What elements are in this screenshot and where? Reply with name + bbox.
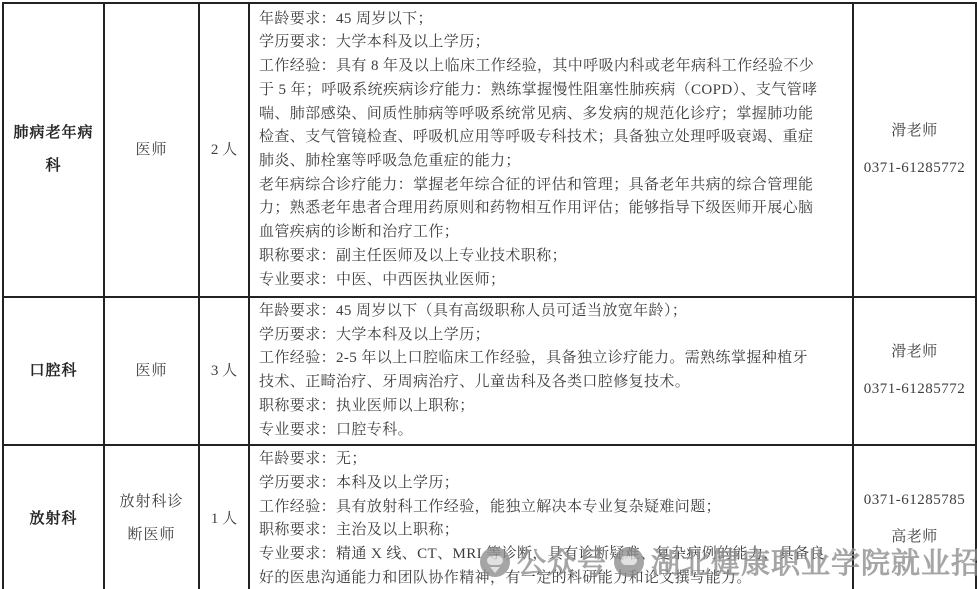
requirement-line: 检查、支气管镜检查、呼吸机应用等呼吸专科技术；具备独立处理呼吸衰竭、重症: [259, 126, 846, 150]
requirement-line: 专业要求：精通 X 线、CT、MRI 等诊断，具有诊断疑难、复杂病例的能力，具备…: [259, 543, 846, 567]
department-name-line: 肺病老年病: [4, 117, 103, 150]
contact-line: 0371-61285785: [854, 482, 975, 519]
contact-line: 滑老师: [854, 334, 975, 371]
department-name-line: 口腔科: [4, 355, 103, 388]
requirement-line: 好的医患沟通能力和团队协作精神，有一定的科研能力和论文撰写能力。: [259, 567, 846, 589]
requirements-cell: 年龄要求：无；学历要求：本科及以上学历；工作经验：具有放射科工作经验，能独立解决…: [249, 445, 853, 589]
headcount-cell: 2 人: [199, 3, 249, 297]
position-cell: 医师: [104, 297, 199, 445]
headcount-value: 3 人: [200, 360, 248, 382]
contact-line: 0371-61285772: [854, 371, 975, 408]
contact-cell: 滑老师0371-61285772: [853, 297, 976, 445]
requirement-line: 于 5 年；呼吸系统疾病诊疗能力：熟练掌握慢性阻塞性肺疾病（COPD）、支气管哮: [259, 79, 846, 103]
department-name-line: 科: [4, 150, 103, 183]
requirement-line: 喘、肺部感染、间质性肺病等呼吸系统常见病、多发病的规范化诊疗；掌握肺功能: [259, 103, 846, 127]
requirement-line: 肺炎、肺栓塞等呼吸急危重症的能力；: [259, 150, 846, 174]
headcount-value: 2 人: [200, 139, 248, 161]
requirements-cell: 年龄要求：45 周岁以下（具有高级职称人员可适当放宽年龄）；学历要求：大学本科及…: [249, 297, 853, 445]
requirement-line: 老年病综合诊疗能力：掌握老年综合征的评估和管理；具备老年共病的综合管理能: [259, 174, 846, 198]
position-name-line: 放射科诊: [105, 486, 198, 519]
requirement-line: 技术、正畸治疗、牙周病治疗、儿童齿科及各类口腔修复技术。: [259, 371, 846, 395]
requirement-line: 职称要求：执业医师以上职称；: [259, 395, 846, 419]
requirement-line: 血管疾病的诊断和治疗工作；: [259, 221, 846, 245]
position-cell: 医师: [104, 3, 199, 297]
requirement-line: 工作经验：具有 8 年及以上临床工作经验，其中呼吸内科或老年病科工作经验不少: [259, 55, 846, 79]
requirement-line: 工作经验：2-5 年以上口腔临床工作经验，具备独立诊疗能力。需熟练掌握种植牙: [259, 347, 846, 371]
requirement-line: 学历要求：大学本科及以上学历；: [259, 324, 846, 348]
recruitment-table: 肺病老年病科 医师 2 人 年龄要求：45 周岁以下；学历要求：大学本科及以上学…: [2, 2, 977, 589]
requirement-line: 年龄要求：45 周岁以下（具有高级职称人员可适当放宽年龄）；: [259, 300, 846, 324]
contact-line: 高老师: [854, 519, 975, 556]
department-cell: 放射科: [3, 445, 104, 589]
headcount-value: 1 人: [200, 508, 248, 530]
requirement-line: 学历要求：本科及以上学历；: [259, 472, 846, 496]
requirement-line: 年龄要求：45 周岁以下；: [259, 8, 846, 32]
requirement-line: 职称要求：副主任医师及以上专业技术职称；: [259, 245, 846, 269]
contact-line: 0371-61285772: [854, 150, 975, 187]
contact-line: 滑老师: [854, 113, 975, 150]
table-row-stomatology: 口腔科 医师 3 人 年龄要求：45 周岁以下（具有高级职称人员可适当放宽年龄）…: [3, 297, 976, 445]
position-name-line: 医师: [105, 355, 198, 388]
position-name-line: 断医师: [105, 519, 198, 552]
requirement-line: 年龄要求：无；: [259, 448, 846, 472]
contact-cell: 滑老师0371-61285772: [853, 3, 976, 297]
headcount-cell: 1 人: [199, 445, 249, 589]
department-cell: 肺病老年病科: [3, 3, 104, 297]
position-name-line: 医师: [105, 134, 198, 167]
requirement-line: 职称要求：主治及以上职称；: [259, 519, 846, 543]
requirement-line: 力；熟悉老年患者合理用药原则和药物相互作用评估；能够指导下级医师开展心脑: [259, 197, 846, 221]
table-row-radiology: 放射科 放射科诊断医师 1 人 年龄要求：无；学历要求：本科及以上学历；工作经验…: [3, 445, 976, 589]
requirement-line: 学历要求：大学本科及以上学历；: [259, 31, 846, 55]
table-row-pulmonary-geriatrics: 肺病老年病科 医师 2 人 年龄要求：45 周岁以下；学历要求：大学本科及以上学…: [3, 3, 976, 297]
requirement-line: 专业要求：口腔专科。: [259, 419, 846, 443]
requirement-line: 工作经验：具有放射科工作经验，能独立解决本专业复杂疑难问题；: [259, 496, 846, 520]
position-cell: 放射科诊断医师: [104, 445, 199, 589]
department-name-line: 放射科: [4, 503, 103, 536]
headcount-cell: 3 人: [199, 297, 249, 445]
recruitment-document-page: 肺病老年病科 医师 2 人 年龄要求：45 周岁以下；学历要求：大学本科及以上学…: [0, 0, 977, 589]
department-cell: 口腔科: [3, 297, 104, 445]
requirement-line: 专业要求：中医、中西医执业医师；: [259, 269, 846, 293]
requirements-cell: 年龄要求：45 周岁以下；学历要求：大学本科及以上学历；工作经验：具有 8 年及…: [249, 3, 853, 297]
contact-cell: 0371-61285785高老师: [853, 445, 976, 589]
